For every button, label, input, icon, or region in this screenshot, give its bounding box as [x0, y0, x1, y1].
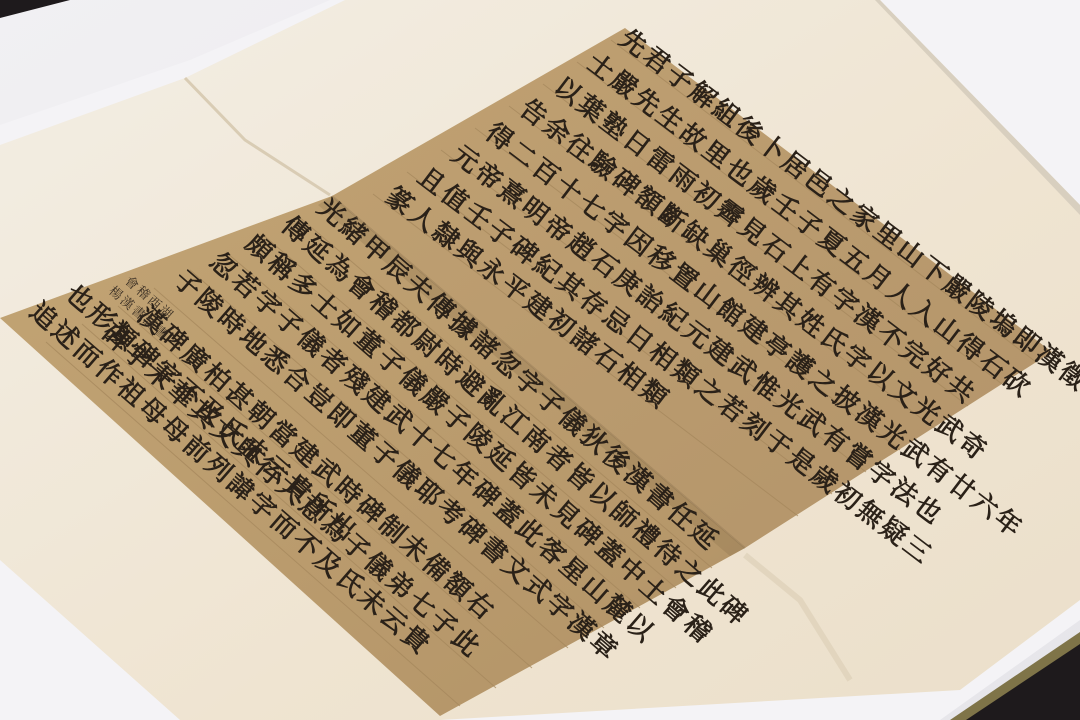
album-photo: 先君子解組後卜居邑之家里山下嚴陵塢即漢徵 士嚴先生故里也歲壬子夏五月人入山得石砍…	[0, 0, 1080, 720]
